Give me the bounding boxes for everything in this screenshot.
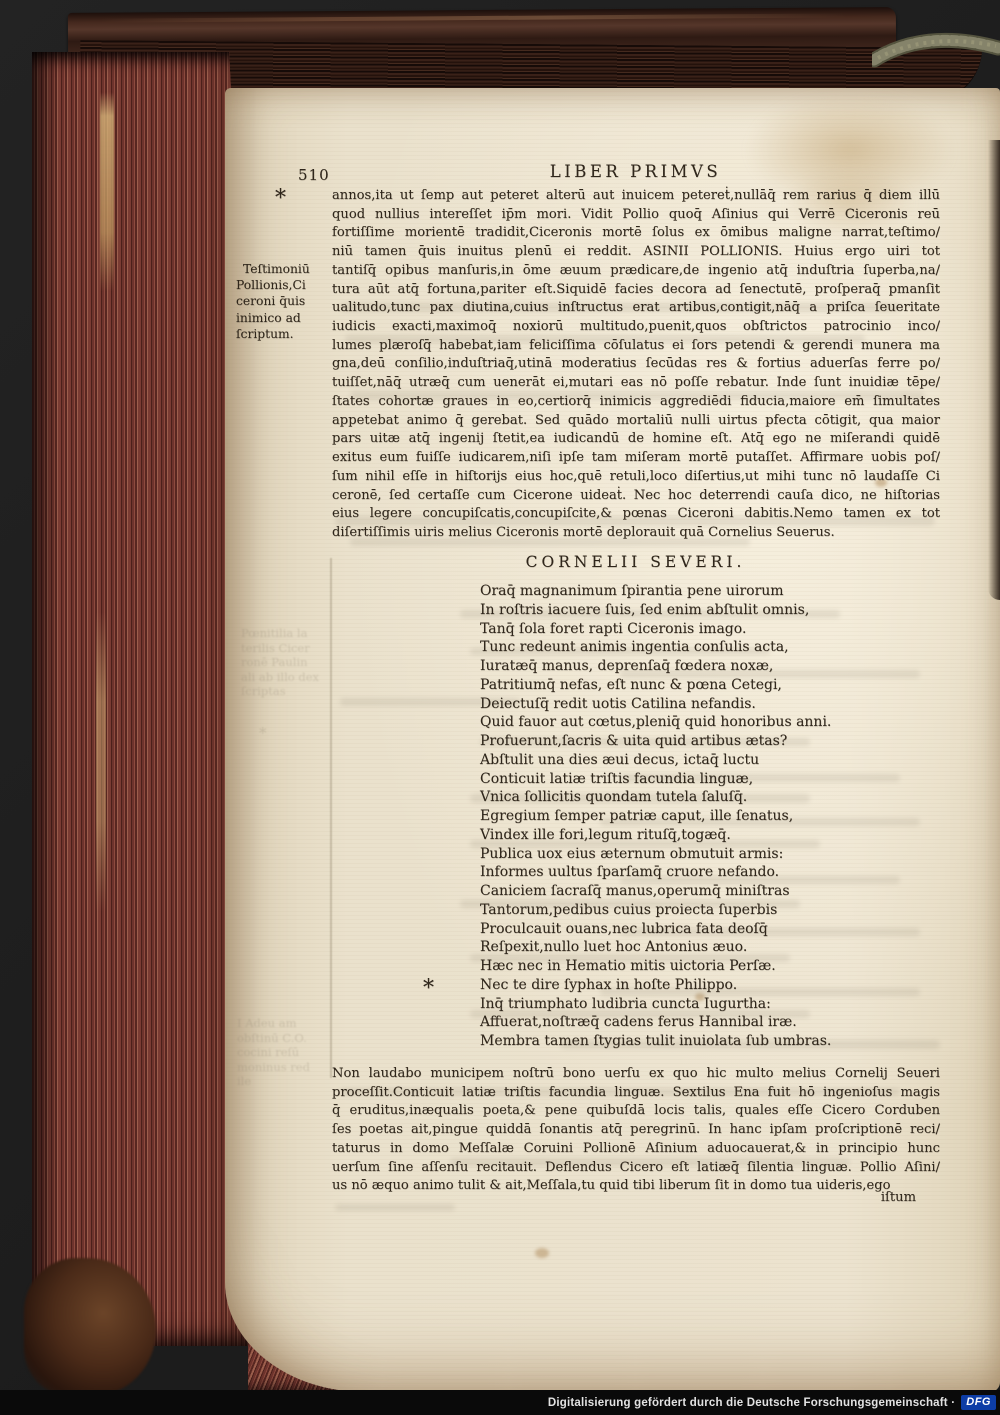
smudge [470,840,820,848]
page-edge-shadow [988,140,1000,600]
paper-crease [330,558,332,1078]
smudge [470,648,770,655]
text-line: moninus red [237,1060,321,1075]
smudge [460,900,800,908]
text-line: fortiſſime morientē tradidit,Ciceronis m… [332,224,940,243]
folio-number: 510 [298,166,330,184]
text-line: ceronē, ſed certaſſe cum Cicerone uideaṫ… [332,487,940,506]
text-line: appetebat animo q̄ gerebat. Sed quādo mo… [332,412,940,431]
smudge [350,391,925,400]
paper-stain [745,90,955,210]
running-header: LIBER PRIMVS [332,162,939,181]
text-line: quod nullius intereſſet ip̄m mori. Vidit… [332,206,940,225]
text-line: Quid fauor aut cœtus,pleniq̄ quid honori… [480,713,831,732]
fox-spot [695,993,705,1001]
text-line: Affuerat,noſtræq̄ cadens ferus Hannibal … [480,1013,831,1032]
smudge [620,670,920,678]
smudge [560,1040,940,1049]
smudge [340,698,520,706]
text-line: ſcriptas [241,684,325,699]
text-line: Tanq̄ ſola foret rapti Ciceronis imago. [480,620,831,639]
text-line: tantiſq̄ opibus manſuris,in ōme æuum præ… [332,262,940,281]
text-line: ile [237,1074,321,1089]
text-line: Deiectuſq̄ redit uotis Catilina nefandis… [480,695,831,714]
smudge [460,610,840,618]
fox-spot [875,478,887,487]
footer-bar: Digitalisierung gefördert durch die Deut… [0,1390,1000,1415]
text-line: ſes poetas ait,pingue quiddā ſonantis at… [332,1121,940,1140]
text-line: inimico ad [236,310,322,326]
text-line: Tantorum,pedibus cuius proiecta ſuperbis [480,901,831,920]
smudge [340,303,900,312]
fore-edge-highlight [96,612,106,912]
text-line: Pœnitilia la [241,626,325,641]
text-line: Hæc nec in Hematio mitis uictoria Perſæ. [480,957,831,976]
text-line: eius legere concupiſcatis,concupiſcite,&… [332,505,940,524]
worn-leather-corner [24,1258,156,1396]
text-line: ronē Paulin [241,655,325,670]
text-line: Publica uox eius æternum obmutuit armis: [480,845,831,864]
text-line: ualitudo,tunc pax diutina,cuius inſtruct… [332,299,940,318]
text-line: diſertiſſimis uiris melius Ciceronis mor… [332,524,940,543]
text-line: niū tamen q̄uis inuitus plenū ei reddit.… [332,243,940,262]
text-line: Caniciem ſacraſq̄ manus,operumq̄ miniſtr… [480,882,831,901]
text-line: pars uitæ atq̄ ingenij ſtetit,ea iudican… [332,430,940,449]
text-line: q̄ eruditus,inæqualis poeta,& pene quibu… [332,1102,940,1121]
text-line: Vnica ſollicitis quondam tutela ſaluſq̄. [480,788,831,807]
poem-verses: Oraq̄ magnanimum ſpirantia pene uirorumI… [480,582,831,1051]
text-line: Pollionis,Ci [236,277,322,293]
prose-paragraph-2: Non laudabo municipem noſtrū bono uerſu … [332,1065,940,1196]
screenshot-root: 510 LIBER PRIMVS * TeſtimoniūPollionis,C… [0,0,1000,1415]
text-line: I Adeu am [237,1016,321,1031]
catchword: iſtum [332,1190,916,1205]
dfg-logo: DFG [961,1395,996,1410]
text-line: ſum nihil eſſe in hiſtorijs eius hoc,quē… [332,468,940,487]
text-line: Profuerunt,ſacris & uita quid artibus æt… [480,732,831,751]
text-line: Iuratæq̄ manus, deprenſaq̄ fœdera noxæ, [480,657,831,676]
book-page: 510 LIBER PRIMVS * TeſtimoniūPollionis,C… [225,88,1000,1392]
smudge [620,928,920,936]
text-line: Informes uultus ſparſamq̄ cruore nefando… [480,863,831,882]
book-weight-cord [872,18,1000,82]
smudge [340,1088,900,1096]
text-line: Patritiumq̄ nefas, eſt nunc & pœna Ceteg… [480,676,831,695]
bleedthrough-note: I Adeu amobſtinū C.O.cocini reſūmoninus … [237,1016,321,1089]
text-line: us nō æquo animo tulit & ait,Meſſala,tu … [332,1177,940,1196]
text-line: Oraq̄ magnanimum ſpirantia pene uirorum [480,582,831,601]
text-line: Teſtimoniū [236,261,322,277]
text-line: Abſtulit una dies æui decus, ictaq̄ luct… [480,751,831,770]
smudge [600,988,920,996]
text-line: uerſum ſine aſſenſu recitauit. Deflendus… [332,1159,940,1178]
smudge [600,818,920,826]
text-line: ceroni q̄uis [236,293,322,309]
text-line: Membra tamen ſtygias tulit inuiolata ſub… [480,1032,831,1051]
digitization-credit: Digitalisierung gefördert durch die Deut… [548,1397,955,1409]
margin-note: TeſtimoniūPollionis,Ciceroni q̄uisinimic… [236,261,322,342]
smudge [450,1158,850,1166]
text-line: proceſſit.Conticuit latiæ triſtis facund… [332,1084,940,1103]
margin-asterisk: * [275,186,286,211]
poem-margin-asterisk: * [423,976,434,1001]
text-line: Inq̄ triumphato ludibria cuncta Iugurtha… [480,995,831,1014]
smudge [335,516,935,526]
fox-spot [535,1248,549,1258]
text-line: In roſtris iacuere ſuis, ſed enim abſtul… [480,601,831,620]
text-line: Proculcauit ouans,nec lubrica fata deoſq… [480,920,831,939]
text-line: exitus eum fuiſſe iudicarem,niſi ipſe ta… [332,449,940,468]
smudge [350,538,750,546]
text-line: Tunc redeunt animis ingentia conſulis ac… [480,638,831,657]
text-line: gna,deū conſilio,induſtriaq̄,utinā moder… [332,355,940,374]
smudge [335,1204,455,1211]
smudge [480,738,810,746]
fore-edge-highlight [100,92,114,292]
text-line: ali ab illo dex [241,670,325,685]
smudge [470,1010,810,1018]
text-line: ſtates cohortæ graues in eo,certiorq̄ in… [332,393,940,412]
text-line: tura aūt atq̄ fortuna,pariter eſt.Siquid… [332,281,940,300]
book-fore-edge [32,52,256,1346]
text-line: terilis Cicer [241,641,325,656]
text-line: Vindex ille fori,legum rituſq̄,togæq̄. [480,826,831,845]
prose-paragraph-1: annos,ita ut ſemp aut peteret alterū aut… [332,187,940,543]
text-line: Nec te dire ſyphax in hoſte Philippo. [480,976,831,995]
smudge [345,335,865,343]
text-line: Conticuit latiæ triſtis facundia linguæ, [480,770,831,789]
text-line: lumes plæroſq̄ habebat,iam feliciſſima c… [332,337,940,356]
text-line: annos,ita ut ſemp aut peteret alterū aut… [332,187,940,206]
smudge [470,954,790,962]
text-line: cocini reſū [237,1045,321,1060]
text-line: Non laudabo municipem noſtrū bono uerſu … [332,1065,940,1084]
text-line: taturus in domo Meſſalæ Coruini Pollionē… [332,1140,940,1159]
bleedthrough-note: Pœnitilia laterilis Cicerronē Paulinali … [241,626,325,699]
section-heading: CORNELII SEVERI. [332,553,939,571]
text-line: Egregium ſemper patriæ caput, ille ſenat… [480,807,831,826]
smudge [620,774,900,782]
text-line: Reſpexit,nullo luet hoc Antonius æuo. [480,938,831,957]
paper-stain [785,168,915,238]
text-line: tuiſſet,nāq̄ utræq̄ cum uenerāt ei,mutar… [332,374,940,393]
text-line: ſcriptum. [236,326,322,342]
bleedthrough-asterisk: * [259,724,267,742]
smudge [470,794,810,803]
text-line: iudicis exacti,maximoq̄ noxiorū multitud… [332,318,940,337]
smudge [620,876,900,884]
text-line: obſtinū C.O. [237,1031,321,1046]
